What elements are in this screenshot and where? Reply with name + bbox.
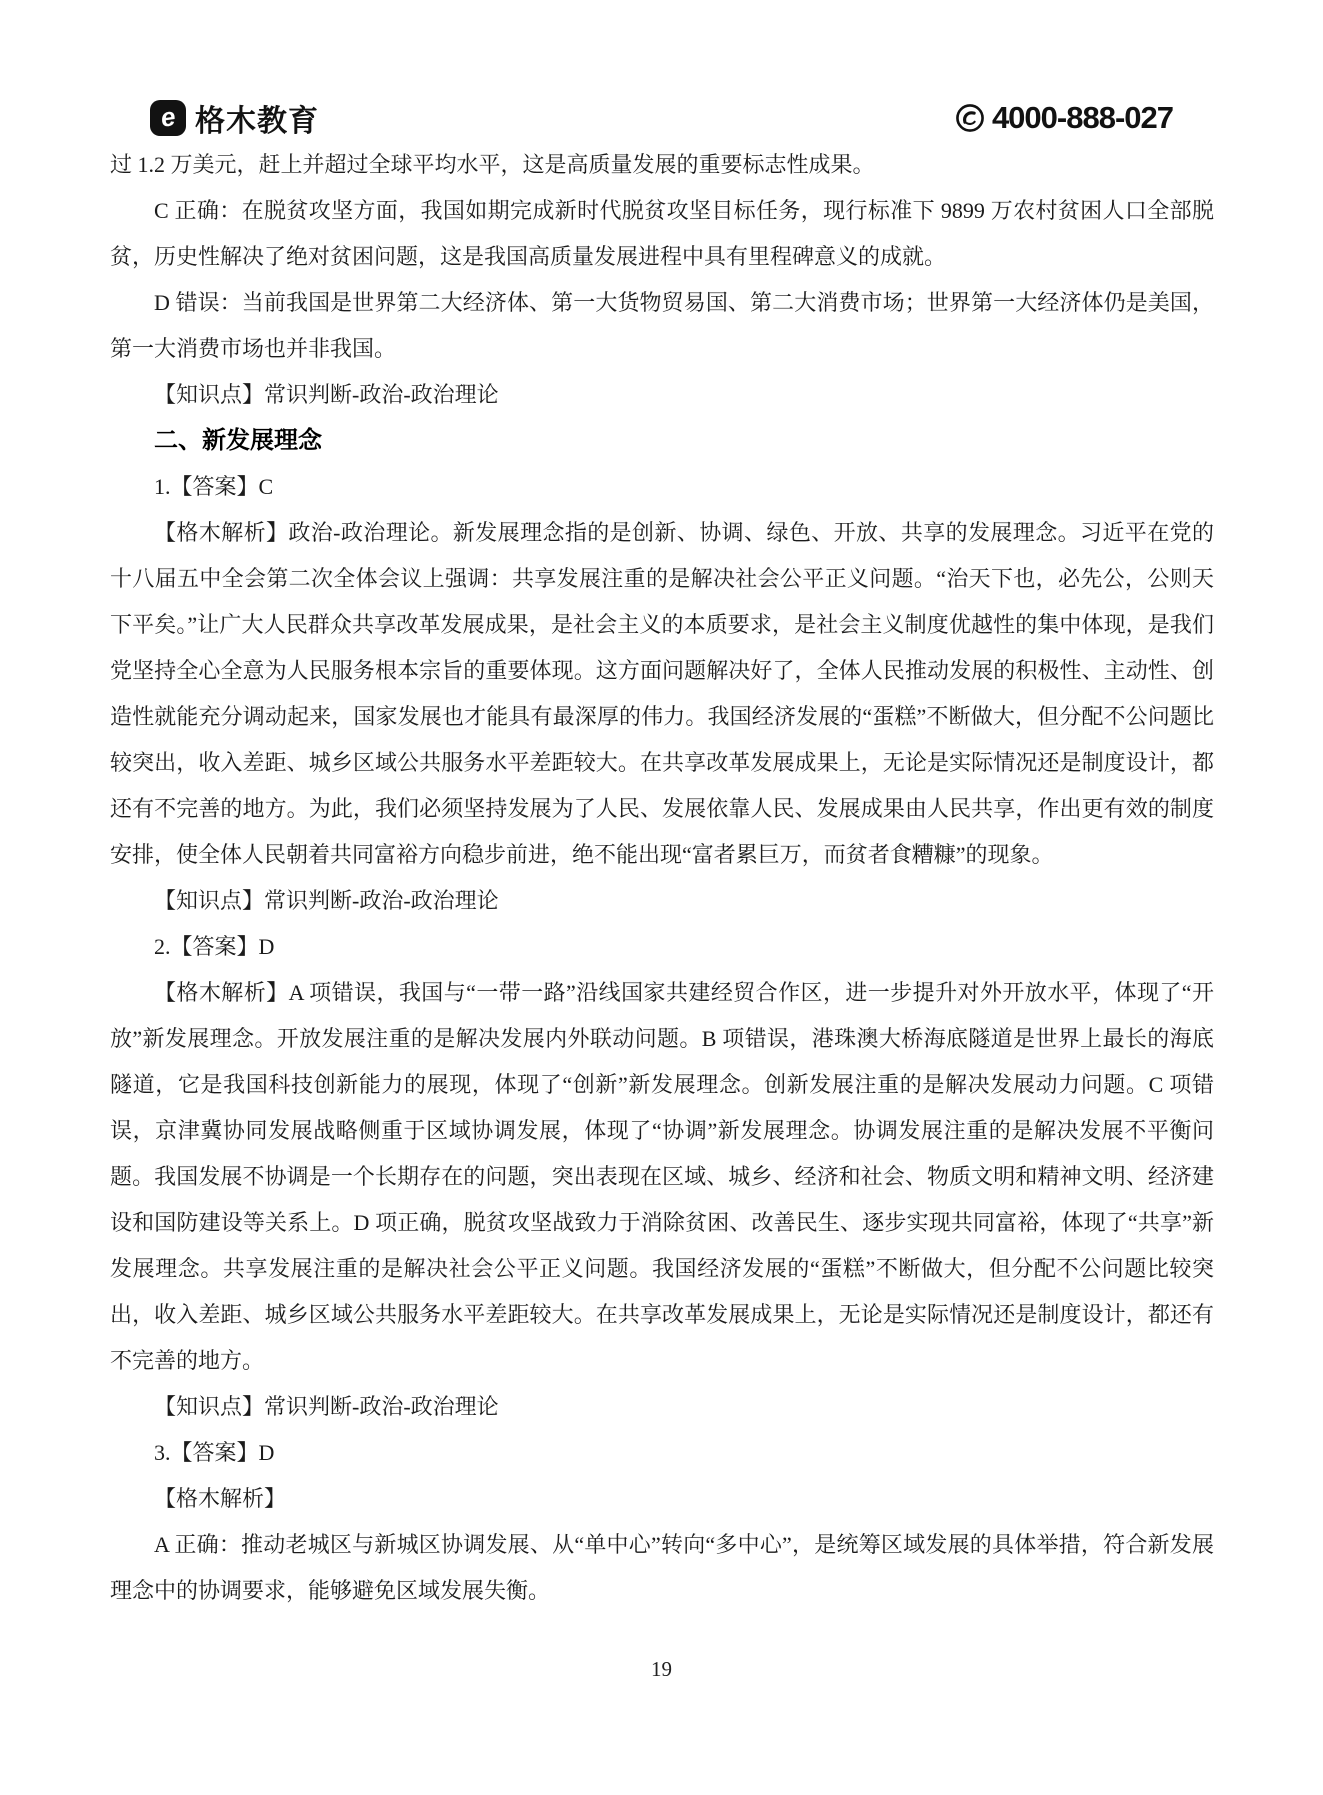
answer-2: 2.【答案】D <box>110 924 1214 970</box>
document-page: e 格木教育 4000-888-027 过 1.2 万美元，赶上并超过全球平均水… <box>0 0 1323 1795</box>
option-d-analysis: D 错误：当前我国是世界第二大经济体、第一大货物贸易国、第二大消费市场；世界第一… <box>110 280 1214 372</box>
brand-logo: e 格木教育 <box>150 96 319 140</box>
knowledge-point-2: 【知识点】常识判断-政治-政治理论 <box>110 878 1214 924</box>
section-heading: 二、新发展理念 <box>110 418 1214 464</box>
continuation-paragraph: 过 1.2 万美元，赶上并超过全球平均水平，这是高质量发展的重要标志性成果。 <box>110 142 1214 188</box>
phone-contact: 4000-888-027 <box>955 100 1173 136</box>
document-body: 过 1.2 万美元，赶上并超过全球平均水平，这是高质量发展的重要标志性成果。C … <box>110 142 1214 1614</box>
logo-letter: e <box>159 103 177 131</box>
analysis-1: 【格木解析】政治-政治理论。新发展理念指的是创新、协调、绿色、开放、共享的发展理… <box>110 510 1214 878</box>
phone-icon <box>955 103 985 133</box>
phone-number: 4000-888-027 <box>992 100 1173 136</box>
knowledge-point-3: 【知识点】常识判断-政治-政治理论 <box>110 1384 1214 1430</box>
page-header: e 格木教育 4000-888-027 <box>150 94 1173 142</box>
answer-1: 1.【答案】C <box>110 464 1214 510</box>
page-number: 19 <box>0 1657 1323 1682</box>
analysis-3-label: 【格木解析】 <box>110 1476 1214 1522</box>
knowledge-point-1: 【知识点】常识判断-政治-政治理论 <box>110 372 1214 418</box>
answer-3: 3.【答案】D <box>110 1430 1214 1476</box>
analysis-3-option-a: A 正确：推动老城区与新城区协调发展、从“单中心”转向“多中心”，是统筹区域发展… <box>110 1522 1214 1614</box>
brand-wordmark: 格木教育 <box>195 96 319 140</box>
brand-logo-icon: e <box>150 100 186 136</box>
analysis-2: 【格木解析】A 项错误，我国与“一带一路”沿线国家共建经贸合作区，进一步提升对外… <box>110 970 1214 1384</box>
option-c-analysis: C 正确：在脱贫攻坚方面，我国如期完成新时代脱贫攻坚目标任务，现行标准下 989… <box>110 188 1214 280</box>
